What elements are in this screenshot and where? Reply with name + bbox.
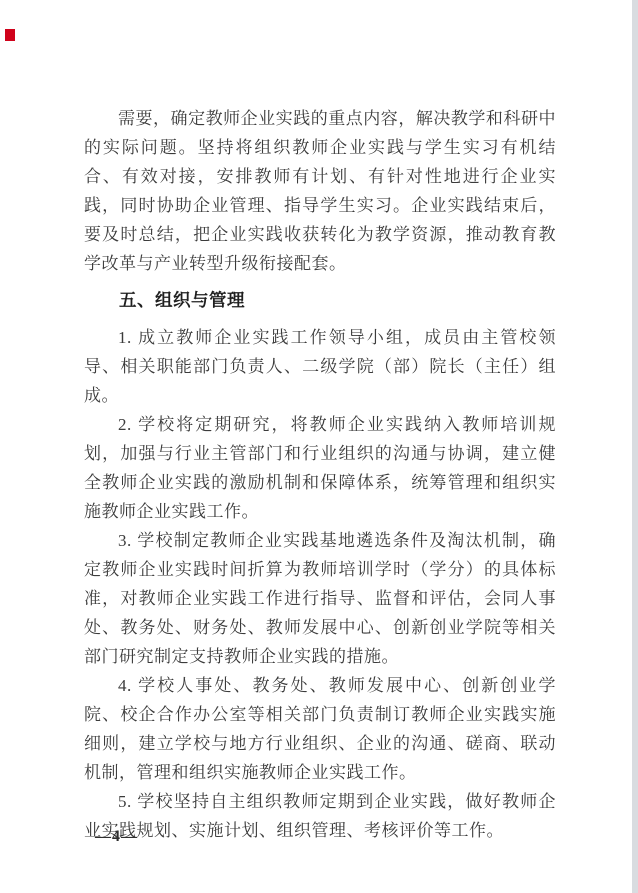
paragraph-intro: 需要，确定教师企业实践的重点内容，解决教学和科研中的实际问题。坚持将组织教师企业… (84, 104, 556, 278)
numbered-item-4: 4. 学校人事处、教务处、教师发展中心、创新创业学院、校企合作办公室等相关部门负… (84, 671, 556, 787)
page-number: —4— (95, 828, 138, 846)
red-annotation-marker (5, 29, 15, 41)
numbered-item-5: 5. 学校坚持自主组织教师定期到企业实践，做好教师企业实践规划、实施计划、组织管… (84, 787, 556, 845)
numbered-item-2: 2. 学校将定期研究，将教师企业实践纳入教师培训规划，加强与行业主管部门和行业组… (84, 410, 556, 526)
page-edge-background (632, 0, 638, 893)
document-body: 需要，确定教师企业实践的重点内容，解决教学和科研中的实际问题。坚持将组织教师企业… (84, 104, 556, 845)
numbered-item-1: 1. 成立教师企业实践工作领导小组，成员由主管校领导、相关职能部门负责人、二级学… (84, 323, 556, 410)
document-page: { "page": { "number_label": "—4—", "mark… (0, 0, 638, 893)
numbered-item-3: 3. 学校制定教师企业实践基地遴选条件及淘汰机制，确定教师企业实践时间折算为教师… (84, 526, 556, 671)
section-heading: 五、组织与管理 (84, 286, 556, 315)
